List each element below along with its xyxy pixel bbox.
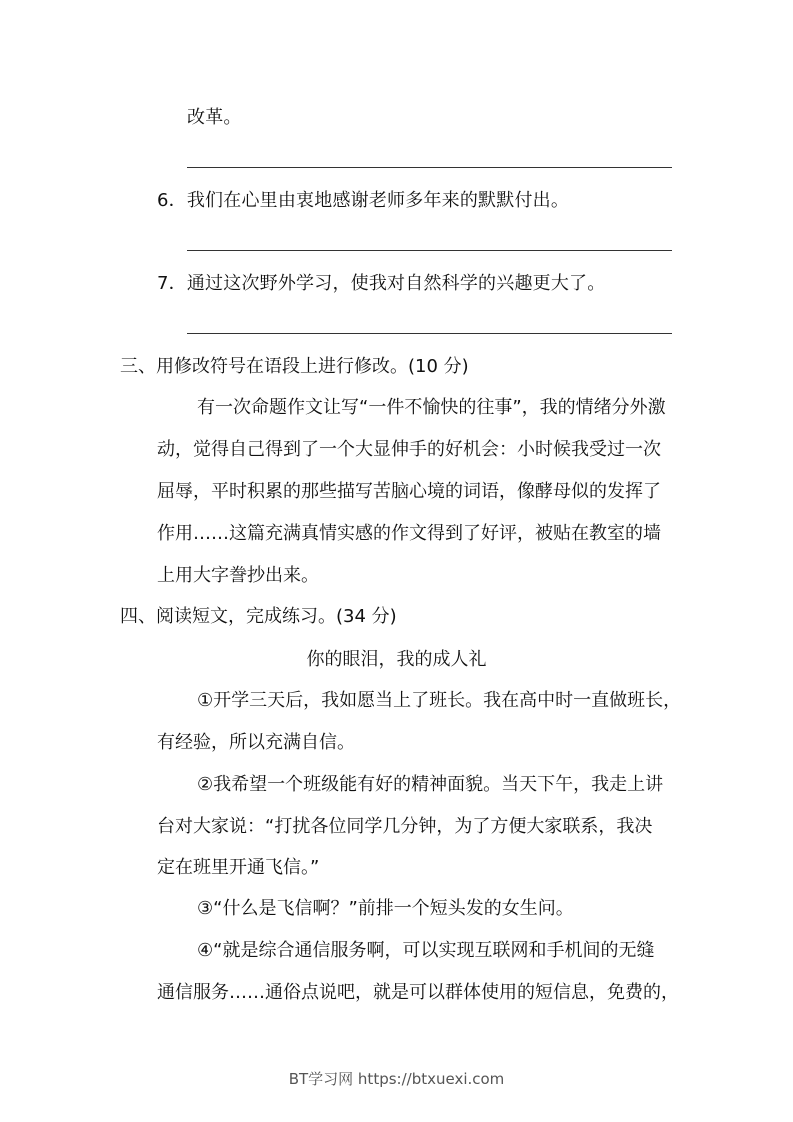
question-number: 6．: [157, 190, 187, 211]
paragraph-line: ③“什么是飞信啊？”前排一个短头发的女生问。: [197, 897, 574, 921]
question-text: 通过这次野外学习，使我对自然科学的兴趣更大了。: [187, 273, 606, 294]
paragraph-line: ②我希望一个班级能有好的精神面貌。当天下午，我走上讲: [197, 773, 663, 797]
question-number: 7．: [157, 273, 187, 294]
paragraph-line: 屈辱，平时积累的那些描写苦脑心境的词语，像酵母似的发挥了: [157, 480, 661, 504]
paragraph-line: 定在班里开通飞信。”: [157, 856, 319, 880]
paragraph-line: 上用大字誊抄出来。: [157, 564, 319, 588]
question-item-6: 6．我们在心里由衷地感谢老师多年来的默默付出。: [157, 189, 569, 213]
answer-line[interactable]: [187, 250, 672, 251]
passage-title: 你的眼泪，我的成人礼: [0, 648, 793, 672]
answer-line[interactable]: [187, 167, 672, 168]
section-header-3: 三、用修改符号在语段上进行修改。(10 分): [120, 355, 469, 379]
paragraph-line: 有经验，所以充满自信。: [157, 731, 355, 755]
answer-line[interactable]: [187, 333, 672, 334]
paragraph-line: 通信服务……通俗点说吧，就是可以群体使用的短信息，免费的，: [157, 981, 679, 1005]
paragraph-line: 有一次命题作文让写“一件不愉快的往事”，我的情绪分外激: [197, 396, 666, 420]
paragraph-line: 作用……这篇充满真情实感的作文得到了好评，被贴在教室的墙: [157, 522, 661, 546]
section-header-4: 四、阅读短文，完成练习。(34 分): [120, 605, 397, 629]
continuation-text: 改革。: [187, 106, 242, 130]
question-item-7: 7．通过这次野外学习，使我对自然科学的兴趣更大了。: [157, 272, 605, 296]
footer-watermark: BT学习网 https://btxuexi.com: [0, 1069, 793, 1089]
paragraph-line: 台对大家说：“打扰各位同学几分钟，为了方便大家联系，我决: [157, 815, 652, 839]
paragraph-line: ①开学三天后，我如愿当上了班长。我在高中时一直做班长，: [197, 689, 681, 713]
paragraph-line: ④“就是综合通信服务啊，可以实现互联网和手机间的无缝: [197, 939, 654, 963]
paragraph-line: 动，觉得自己得到了一个大显伸手的好机会：小时候我受过一次: [157, 438, 661, 462]
question-text: 我们在心里由衷地感谢老师多年来的默默付出。: [187, 190, 569, 211]
